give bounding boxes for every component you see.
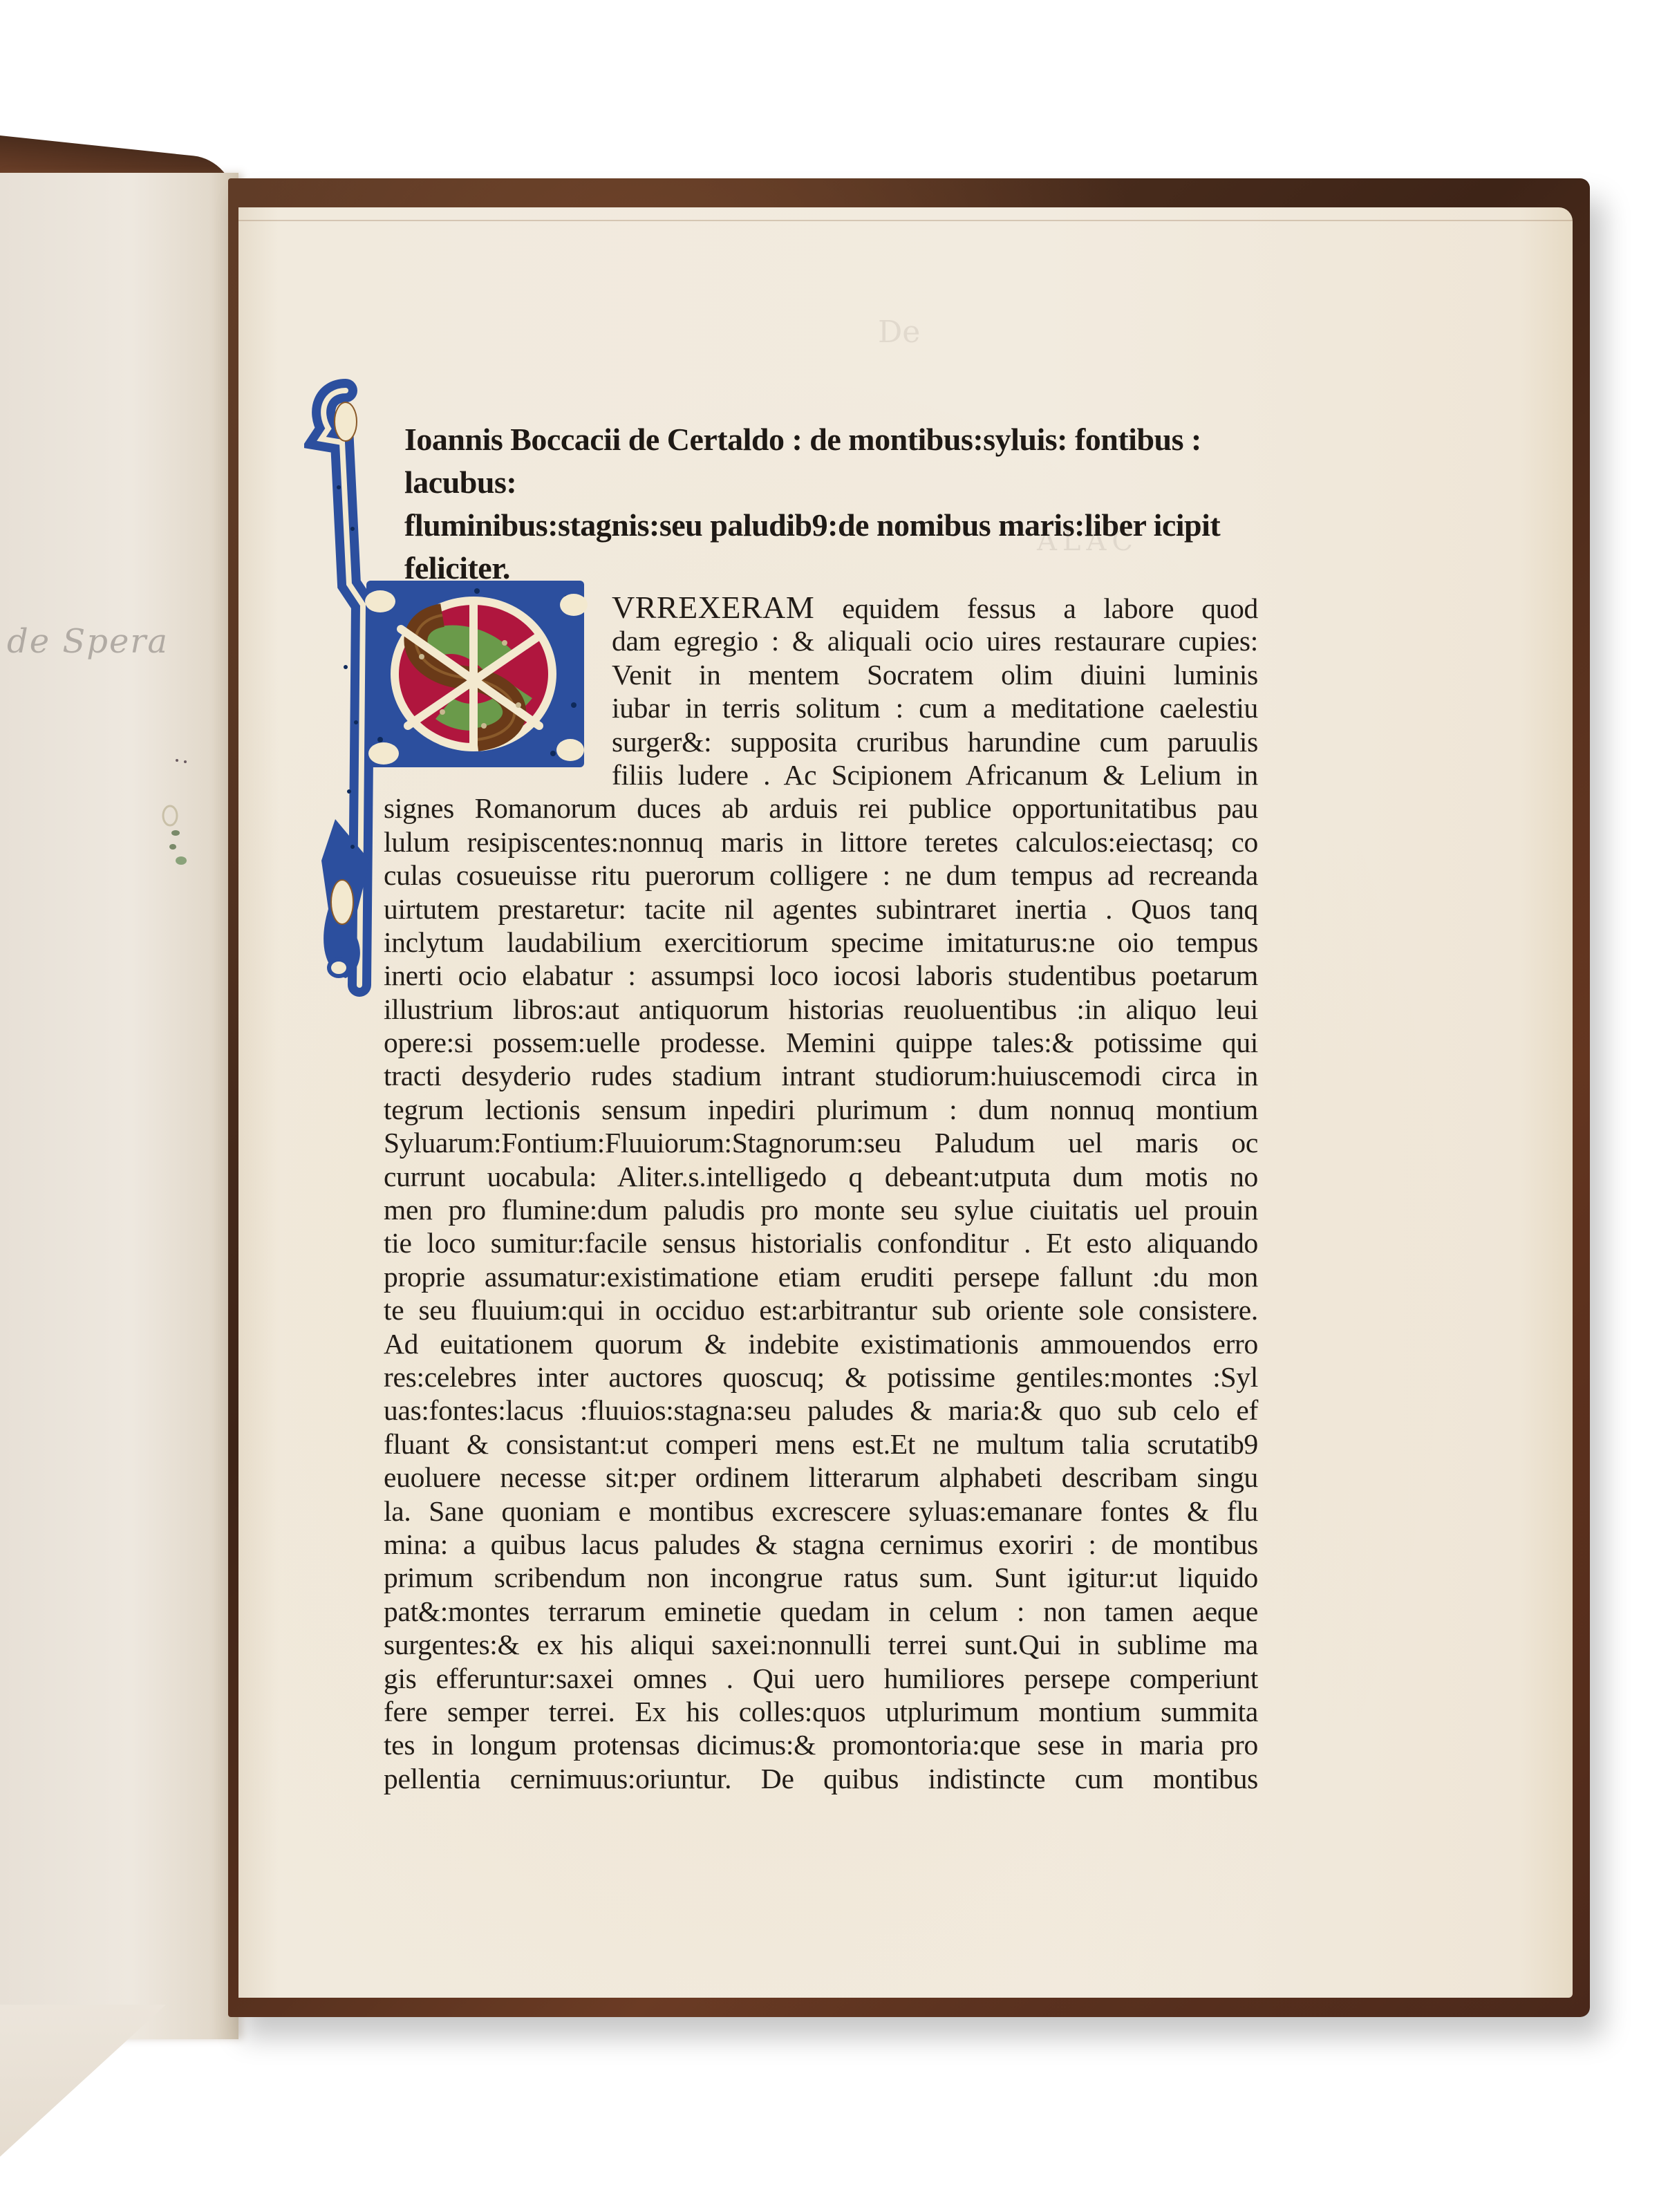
text-line: Ad euitationem quorum & indebite existim…: [384, 1327, 1258, 1360]
text-line: illustrium libros:aut antiquorum histori…: [384, 993, 1258, 1026]
incipit-heading: Ioannis Boccacii de Certaldo : de montib…: [404, 418, 1255, 590]
incipit-line: fluminibus:stagnis:seu paludib9:de nomib…: [404, 504, 1255, 590]
text-line: lulum resipiscentes:nonnuq maris in litt…: [384, 825, 1258, 859]
text-line: opere:si possem:uelle prodesse. Memini q…: [384, 1026, 1258, 1059]
text-line-first: VRREXERAM equidem fessus a labore quod: [384, 591, 1258, 624]
text-line: Venit in mentem Socratem olim diuini lum…: [384, 658, 1258, 691]
text-line: culas cosueuisse ritu puerorum colligere…: [384, 859, 1258, 892]
text-line: iubar in terris solitum : cum a meditati…: [384, 691, 1258, 724]
text-line: inclytum laudabilium exercitiorum specim…: [384, 926, 1258, 959]
text-line: currunt uocabula: Aliter.s.intelligedo q…: [384, 1160, 1258, 1193]
text-line: tes in longum protensas dicimus:& promon…: [384, 1728, 1258, 1761]
page-top-edge: [238, 220, 1573, 221]
text-line: tie loco sumitur:facile sensus historial…: [384, 1226, 1258, 1259]
marginalia-handwriting: de Spera: [7, 622, 169, 661]
left-page-lower-curl: [0, 2005, 166, 2157]
text-line: signes Romanorum duces ab arduis rei pub…: [384, 791, 1258, 825]
text-line: pellentia cernimuus:oriuntur. De quibus …: [384, 1762, 1258, 1795]
text-line: mina: a quibus lacus paludes & stagna ce…: [384, 1528, 1258, 1561]
body-text-block: VRREXERAM equidem fessus a labore quod d…: [384, 591, 1258, 1795]
text-line: pat&:montes terrarum eminetie quedam in …: [384, 1595, 1258, 1628]
text-line: gis efferuntur:saxei omnes . Qui uero hu…: [384, 1662, 1258, 1695]
text-line: equidem fessus a labore quod: [842, 592, 1258, 624]
text-line: proprie assumatur:existimatione etiam er…: [384, 1260, 1258, 1293]
text-line: tegrum lectionis sensum inpediri plurimu…: [384, 1093, 1258, 1126]
text-line: fere semper terrei. Ex his colles:quos u…: [384, 1695, 1258, 1728]
text-line: te seu fluuium:qui in occiduo est:arbitr…: [384, 1293, 1258, 1327]
text-line: surger&: supposita cruribus harundine cu…: [384, 725, 1258, 758]
text-line: uirtutem prestaretur: tacite nil agentes…: [384, 892, 1258, 926]
text-line: euoluere necesse sit:per ordinem littera…: [384, 1461, 1258, 1494]
text-line: filiis ludere . Ac Scipionem Africanum &…: [384, 758, 1258, 791]
text-line: res:celebres inter auctores quoscuq; & p…: [384, 1360, 1258, 1394]
show-through-running-head: De: [878, 315, 920, 350]
text-line: dam egregio : & aliquali ocio uires rest…: [384, 624, 1258, 657]
incipit-line: Ioannis Boccacii de Certaldo : de montib…: [404, 418, 1255, 504]
text-line: surgentes:& ex his aliqui saxei:nonnulli…: [384, 1628, 1258, 1661]
text-line: fluant & consistant:ut comperi mens est.…: [384, 1427, 1258, 1461]
ink-offset-marks: [160, 747, 202, 871]
text-line: tracti desyderio rudes stadium intrant s…: [384, 1059, 1258, 1092]
text-line: la. Sane quoniam e montibus excrescere s…: [384, 1494, 1258, 1528]
opening-capitals: VRREXERAM: [612, 590, 814, 625]
text-line: uas:fontes:lacus :fluuios:stagna:seu pal…: [384, 1394, 1258, 1427]
text-line: Syluarum:Fontium:Fluuiorum:Stagnorum:seu…: [384, 1126, 1258, 1159]
text-line: primum scribendum non incongrue ratus su…: [384, 1561, 1258, 1594]
text-line: inerti ocio elabatur : assumpsi loco ioc…: [384, 959, 1258, 992]
text-line: men pro flumine:dum paludis pro monte se…: [384, 1193, 1258, 1226]
left-page: de Spera: [0, 173, 238, 2039]
